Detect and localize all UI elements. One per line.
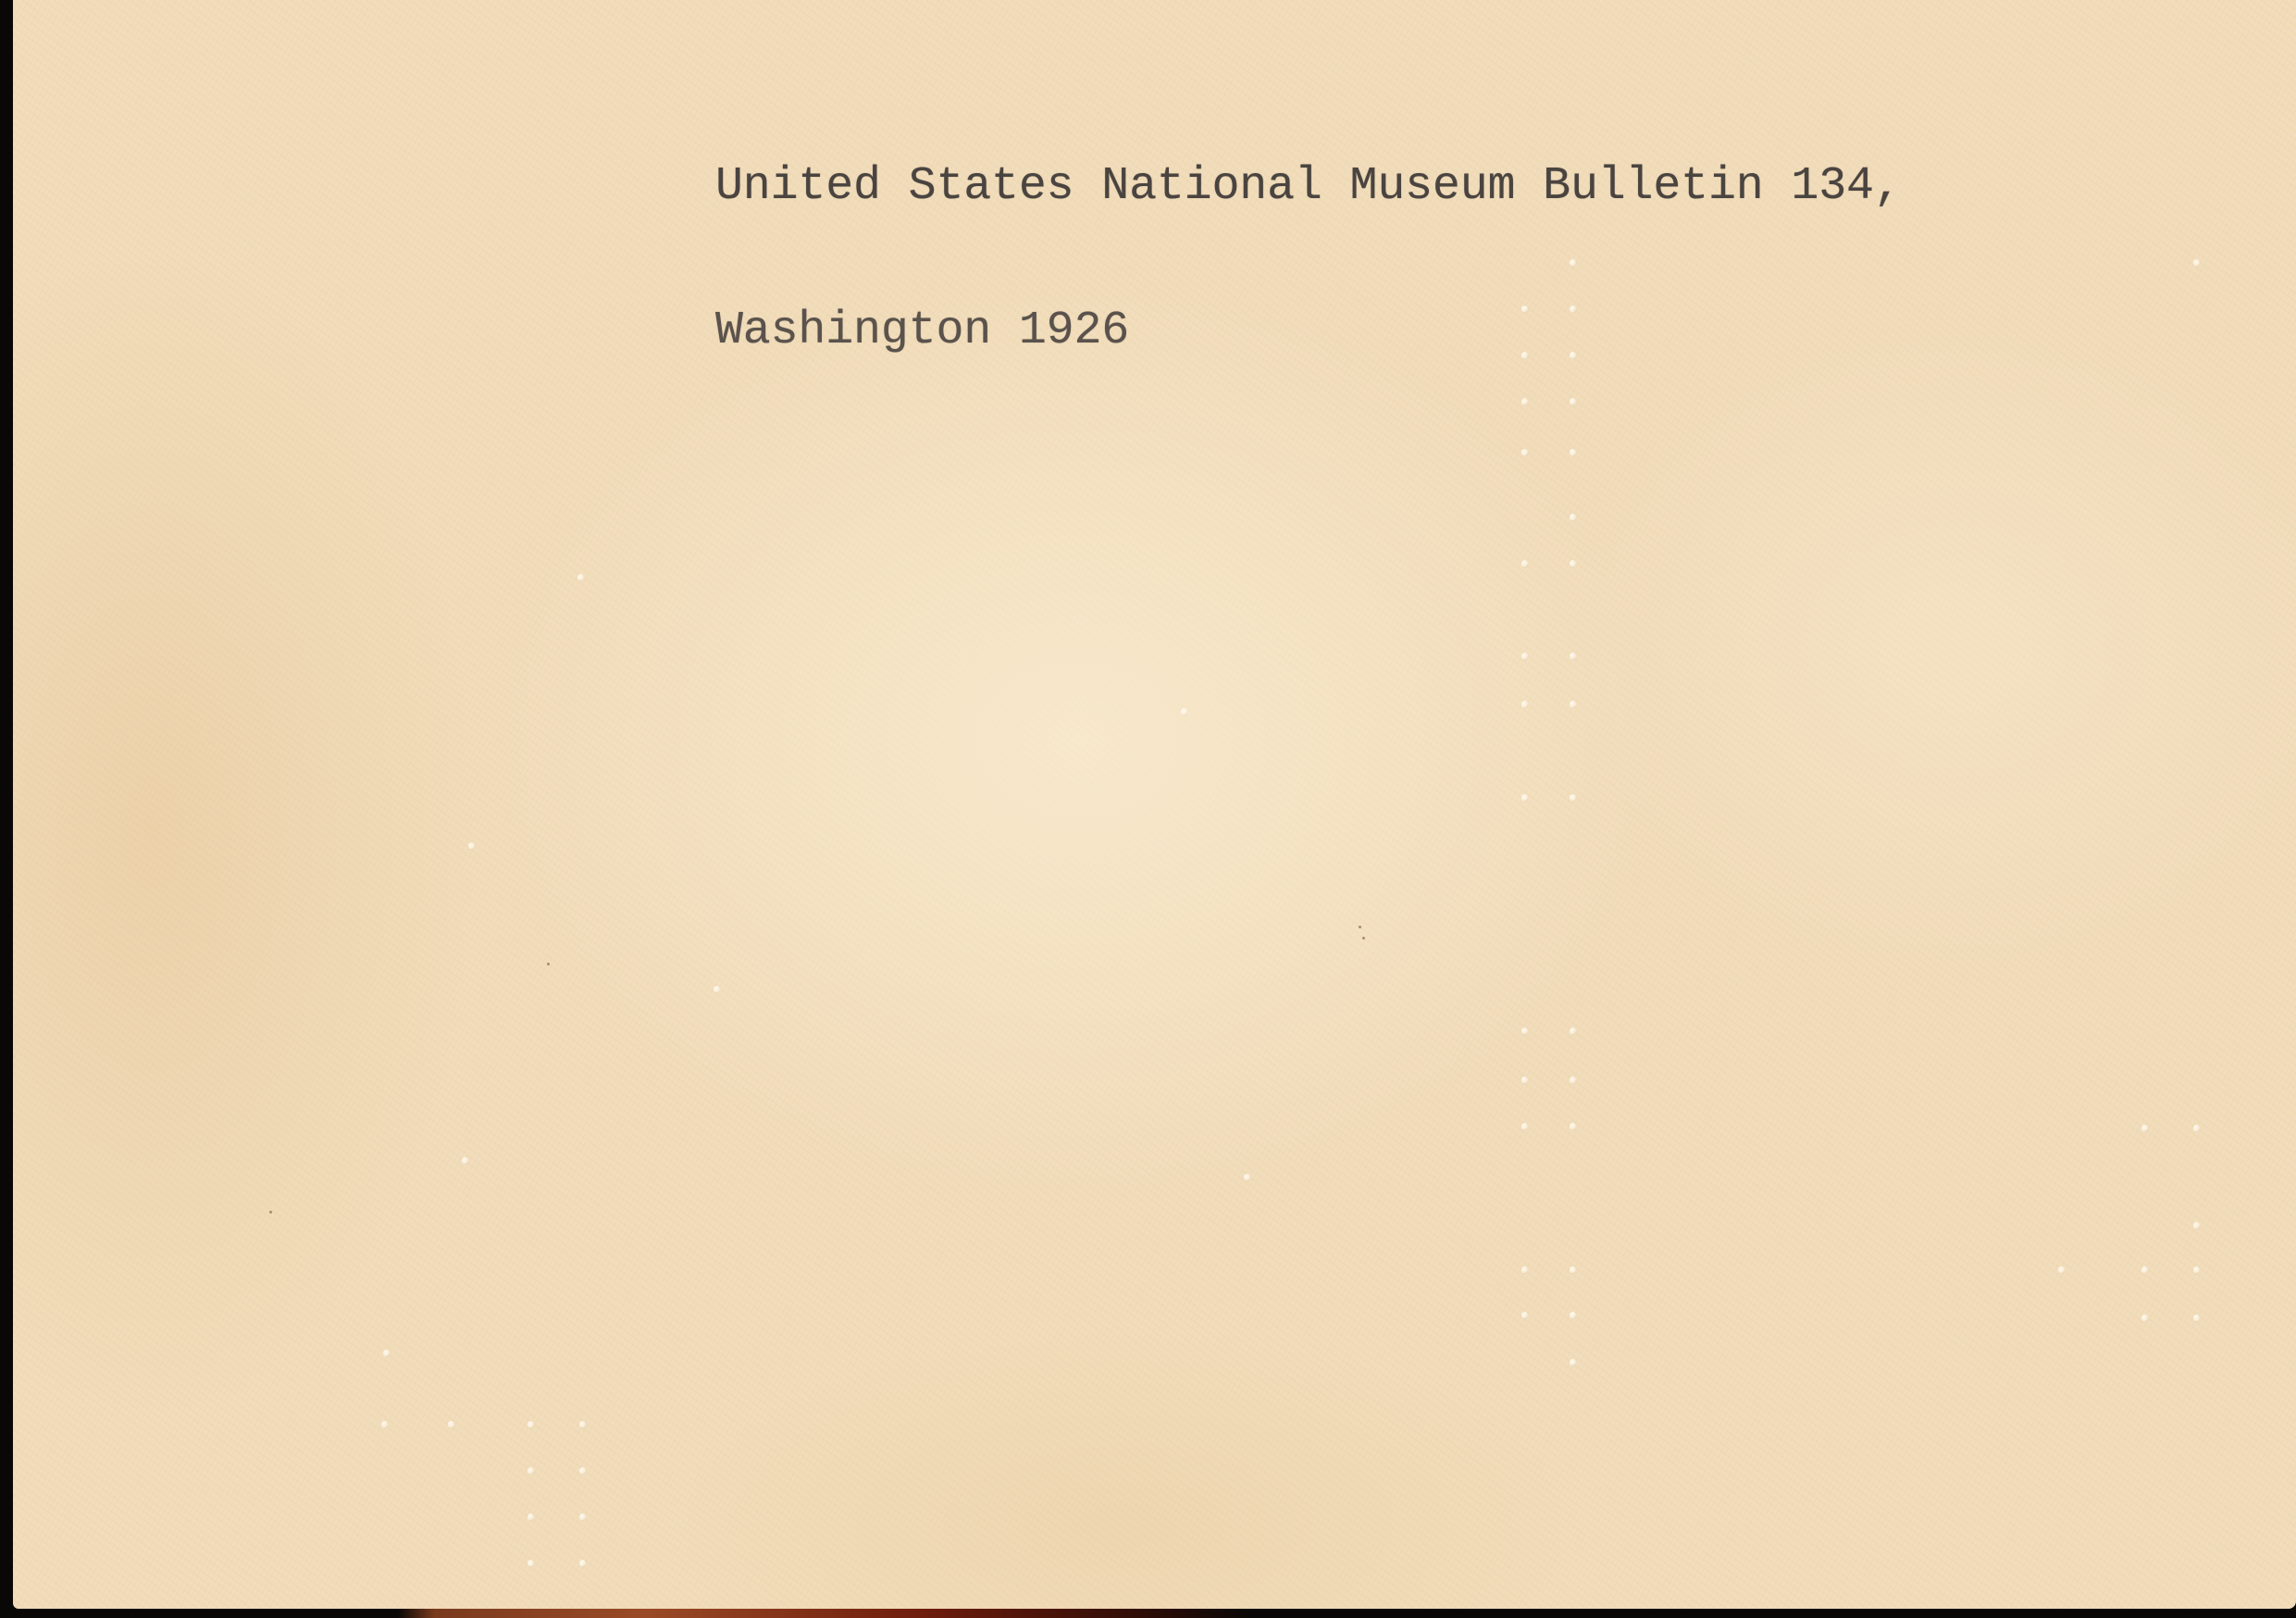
emboss-dot [1521, 1027, 1528, 1035]
emboss-dot [579, 1513, 586, 1521]
emboss-dot [579, 1467, 586, 1475]
emboss-dot [1521, 398, 1528, 405]
emboss-dot [1570, 1077, 1576, 1084]
emboss-dot [1181, 708, 1187, 716]
emboss-dot [1521, 305, 1528, 313]
emboss-dot [1521, 701, 1528, 708]
emboss-dot [1570, 352, 1576, 359]
emboss-dot [1521, 1077, 1528, 1084]
citation-line-1: United States National Museum Bulletin 1… [715, 163, 1902, 211]
emboss-dot [448, 1421, 454, 1428]
emboss-dot [2141, 1125, 2148, 1132]
emboss-dot [1570, 259, 1576, 267]
emboss-dot [2193, 1125, 2200, 1132]
emboss-dot [1521, 794, 1528, 802]
emboss-dot [2141, 1266, 2148, 1274]
emboss-dot [2058, 1266, 2065, 1274]
emboss-dot [1570, 1359, 1576, 1366]
emboss-dot [577, 574, 584, 581]
index-card: United States National Museum Bulletin 1… [13, 0, 2296, 1609]
emboss-dot [1521, 1123, 1528, 1130]
emboss-dot [2193, 1314, 2200, 1322]
scanned-card-image: United States National Museum Bulletin 1… [0, 0, 2296, 1618]
emboss-dot [1570, 398, 1576, 405]
paper-speck [1359, 926, 1361, 928]
emboss-dot [527, 1467, 534, 1475]
citation-line-2: Washington 1926 [715, 307, 1902, 355]
emboss-dot [1570, 1123, 1576, 1130]
emboss-dot [527, 1513, 534, 1521]
emboss-dot [1244, 1174, 1250, 1181]
emboss-dot [2141, 1314, 2148, 1322]
emboss-dot [1570, 1266, 1576, 1274]
emboss-dot [714, 986, 720, 993]
paper-speck [269, 1211, 272, 1213]
typed-citation: United States National Museum Bulletin 1… [715, 67, 1902, 452]
emboss-dot [2193, 1266, 2200, 1274]
emboss-dot [2193, 1222, 2200, 1229]
emboss-dot [1570, 514, 1576, 521]
paper-speck [1362, 937, 1365, 940]
emboss-dot [1570, 560, 1576, 567]
emboss-dot [1521, 560, 1528, 567]
emboss-dot [579, 1421, 586, 1428]
emboss-dot [1521, 1312, 1528, 1319]
emboss-dot [1570, 794, 1576, 802]
emboss-dot [468, 842, 475, 850]
emboss-dot [381, 1421, 388, 1428]
emboss-dot [1570, 449, 1576, 456]
emboss-dot [1521, 449, 1528, 456]
emboss-dot [2193, 259, 2200, 267]
emboss-dot [462, 1157, 468, 1164]
emboss-dot [1521, 1266, 1528, 1274]
emboss-dot [527, 1421, 534, 1428]
emboss-dot [579, 1560, 586, 1567]
emboss-dot [383, 1350, 390, 1357]
emboss-dot [527, 1560, 534, 1567]
emboss-dot [1570, 305, 1576, 313]
emboss-dot [1570, 1027, 1576, 1035]
emboss-dot [1521, 352, 1528, 359]
emboss-dot [1570, 701, 1576, 708]
emboss-dot [1570, 653, 1576, 660]
emboss-dot [1521, 653, 1528, 660]
paper-speck [547, 963, 550, 965]
emboss-dot [1570, 1312, 1576, 1319]
